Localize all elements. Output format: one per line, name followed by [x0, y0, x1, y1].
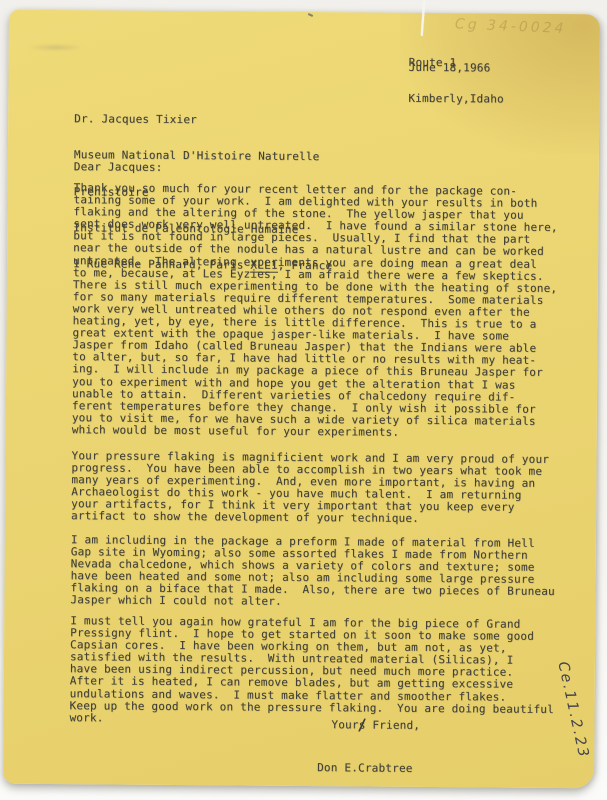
closing-line: Yours Friend, [331, 719, 420, 732]
salutation: Dear Jacques: [74, 161, 163, 174]
scan-background: Cg 34-0024 Route 1 Kimberly,Idaho June 1… [0, 0, 607, 800]
recipient-line: Dr. Jacques Tixier [74, 113, 333, 127]
letter-paragraph: Your pressure flaking is magnificient wo… [71, 450, 549, 526]
pencil-smudge [28, 44, 84, 51]
letter-paragraph: I am including in the package a preform … [70, 534, 555, 610]
closing-pre: Your [331, 718, 358, 731]
signature: Don E.Crabtree [317, 762, 413, 775]
sender-address: Route 1 Kimberly,Idaho [408, 33, 504, 130]
date-line: June 18,1966 [409, 62, 491, 75]
archival-code-vertical: Ce.11.2.23 [554, 660, 591, 760]
letter-paragraph: I must tell you again how grateful I am … [69, 615, 554, 728]
paper-sheet: Cg 34-0024 Route 1 Kimberly,Idaho June 1… [3, 10, 600, 789]
closing-post: Friend, [366, 719, 421, 732]
letter-paragraph: Thank you so much for your recent letter… [72, 182, 558, 440]
sender-address-line: Kimberly,Idaho [408, 93, 504, 106]
